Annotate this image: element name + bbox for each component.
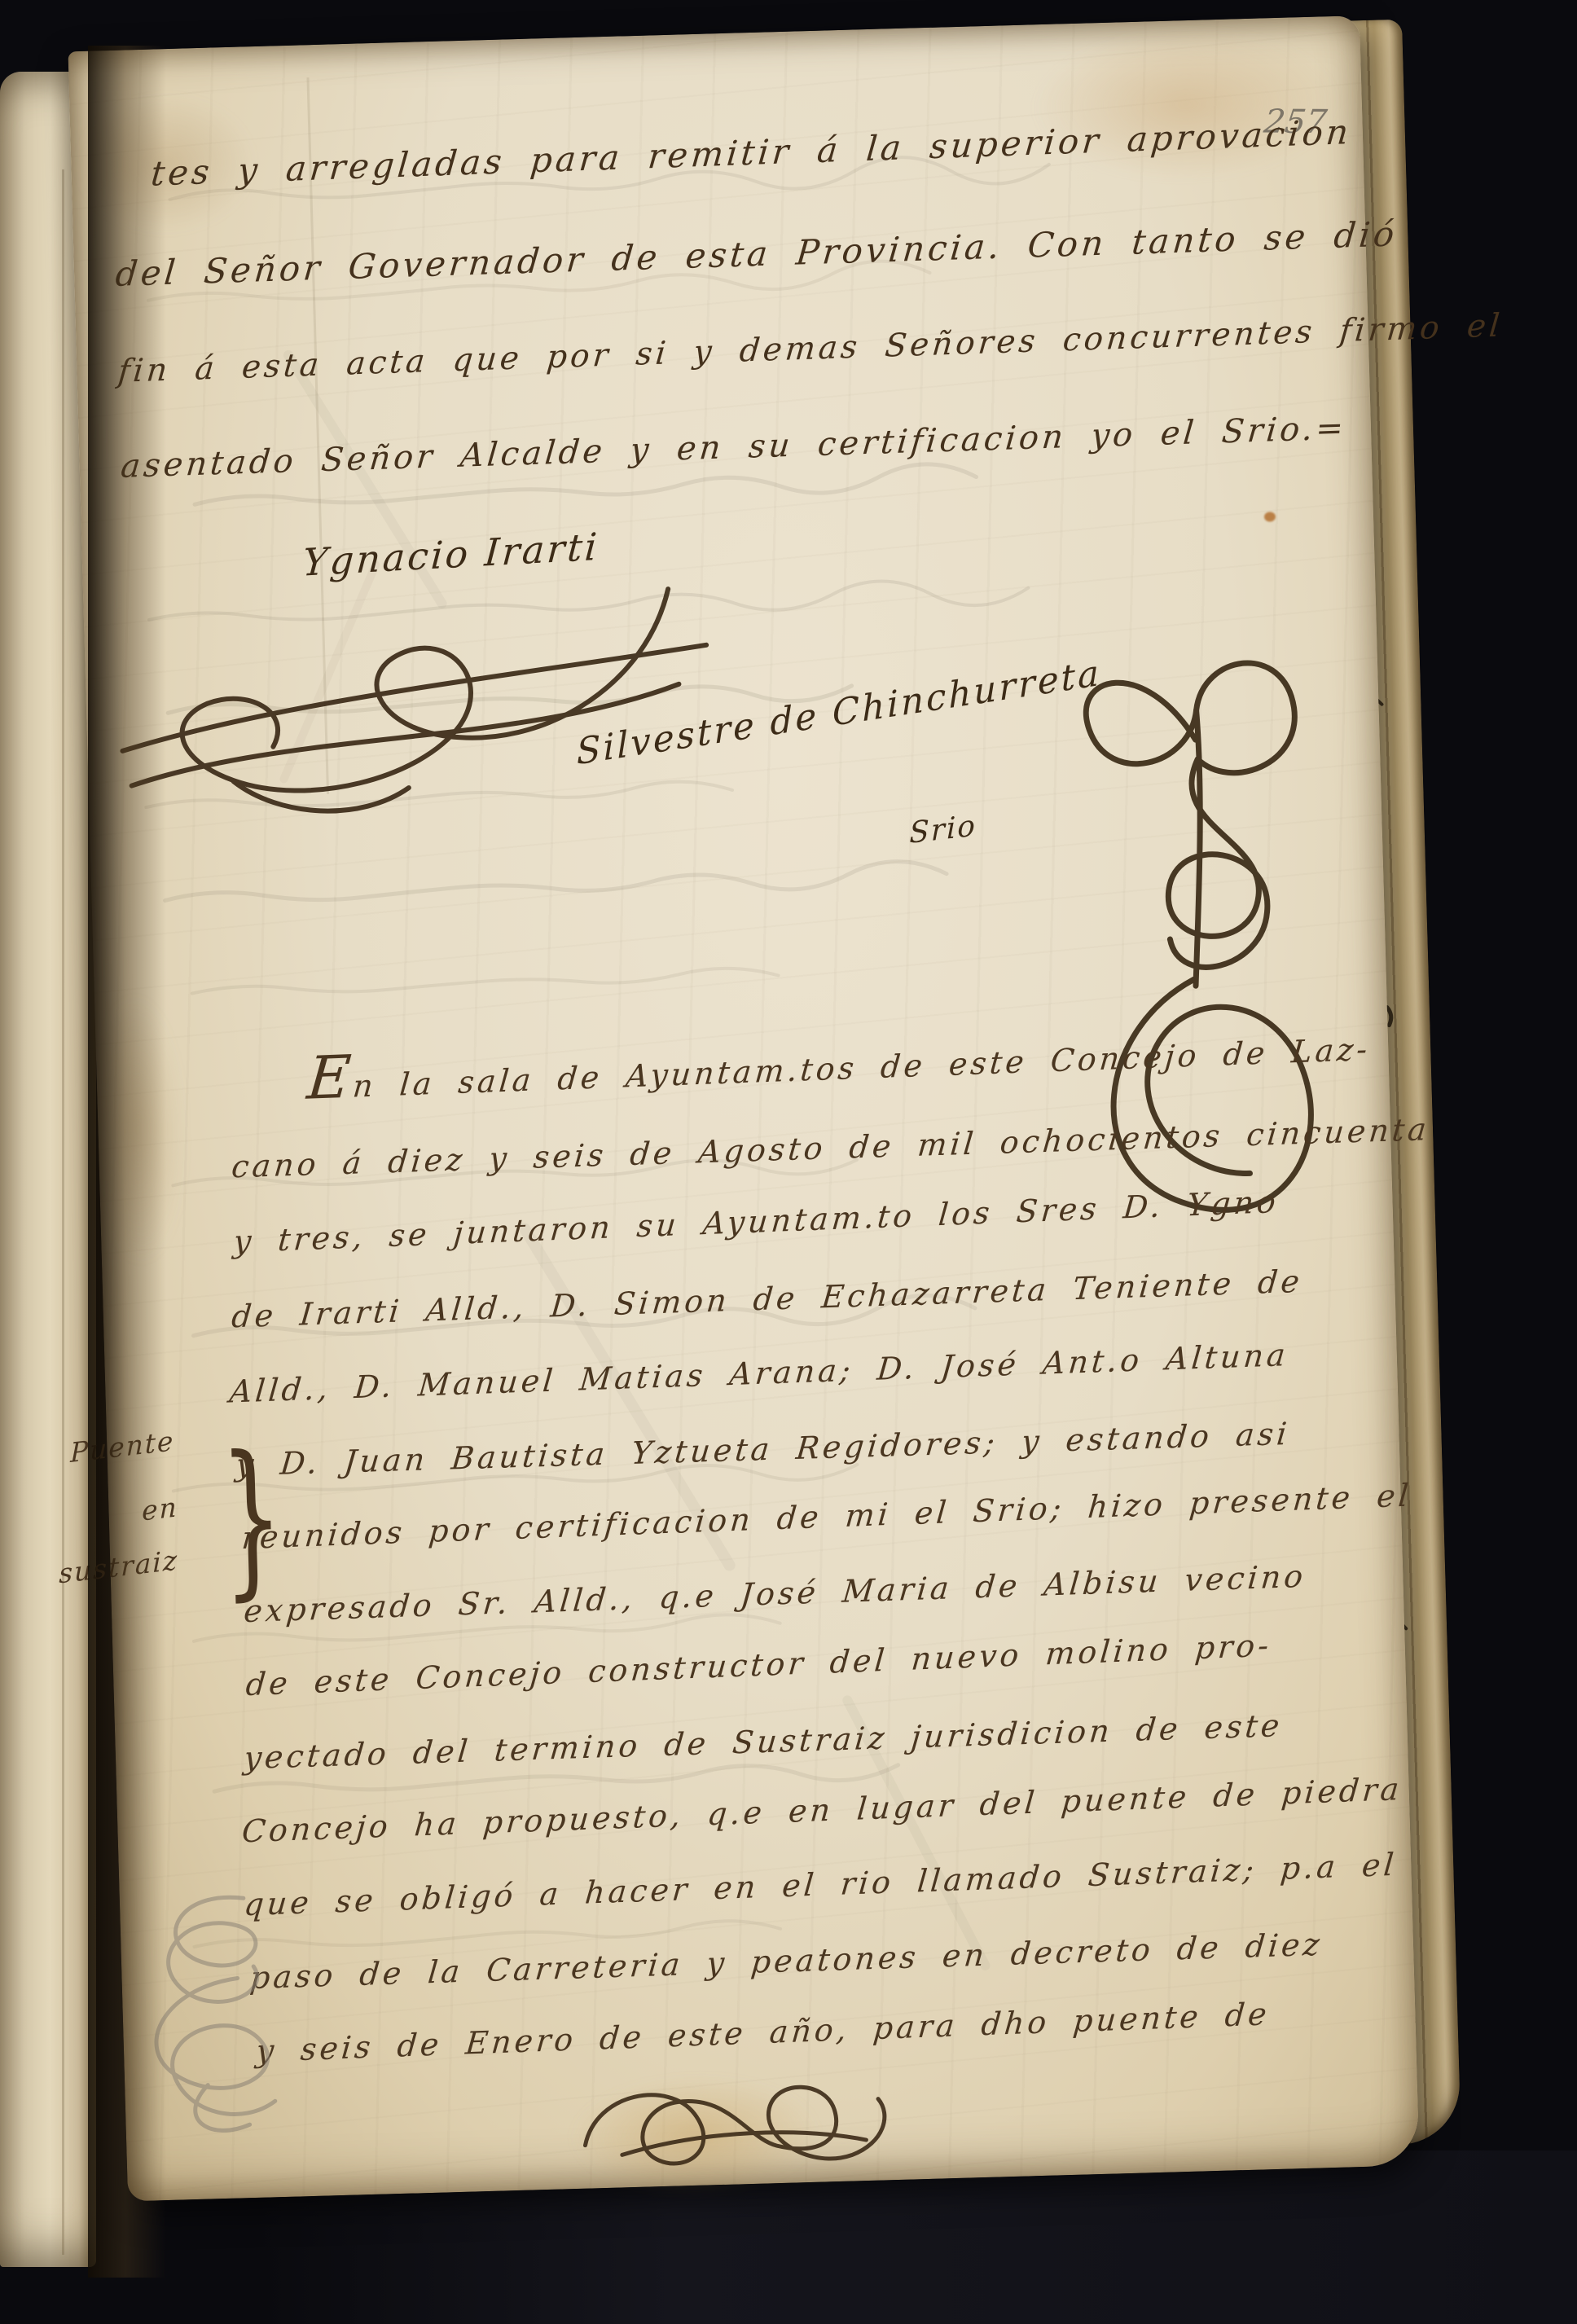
act-line: expresado Sr. Alld., q.e José Maria de A…	[243, 1558, 1308, 1629]
closing-line: tes y arregladas para remitir á la super…	[149, 112, 1353, 194]
previous-page-crease	[62, 169, 64, 2255]
page-surface: 257 tes y arregladas para remitir á la s…	[68, 15, 1419, 2201]
act-line: y D. Juan Bautista Yztueta Regidores; y …	[235, 1416, 1292, 1483]
closing-line: del Señor Governador de esta Provincia. …	[114, 213, 1399, 294]
act-line: de Irarti Alld., D. Simon de Echazarreta…	[231, 1263, 1305, 1335]
act-line: y seis de Enero de este año, para dho pu…	[255, 1996, 1272, 2069]
signature-rubric-flourish	[106, 567, 732, 853]
act-line: Alld., D. Manuel Matias Arana; D. José A…	[228, 1337, 1290, 1410]
ink-rust-spot	[1264, 512, 1276, 521]
margin-note-line: en	[142, 1491, 178, 1527]
act-paragraph: En la sala de Ayuntam.tos de este Concej…	[68, 15, 1359, 51]
act-line: y tres, se juntaron su Ayuntam.to los Sr…	[232, 1184, 1280, 1259]
scanned-manuscript-photo: { "document": { "page_number": "257", "m…	[0, 0, 1577, 2324]
act-line: de este Concejo constructor del nuevo mo…	[244, 1628, 1273, 1703]
act-line: yectado del termino de Sustraiz jurisdic…	[243, 1707, 1285, 1776]
signature-block-alcalde: Ygnacio Irarti	[68, 15, 1359, 51]
manuscript-book-page: 257 tes y arregladas para remitir á la s…	[68, 15, 1463, 2202]
act-line: cano á diez y seis de Agosto de mil ocho…	[230, 1111, 1431, 1184]
signature-block-secretario: Silvestre de Chinchurreta Srio	[68, 15, 1359, 51]
act-line: que se obligó a hacer en el rio llamado …	[243, 1847, 1399, 1923]
bottom-flourish	[571, 2059, 900, 2190]
margin-note-line: sustraiz	[59, 1544, 178, 1589]
closing-paragraph: tes y arregladas para remitir á la super…	[68, 15, 1359, 51]
act-line: Concejo ha propuesto, q.e en lugar del p…	[240, 1771, 1403, 1849]
signature-title: Srio	[909, 809, 977, 850]
closing-line: asentado Señor Alcalde y en su certifica…	[119, 409, 1348, 485]
act-line: reunidos por certificacion de mi el Srio…	[240, 1477, 1413, 1556]
signature-name: Ygnacio Irarti	[301, 525, 601, 585]
act-line: En la sala de Ayuntam.tos de este Concej…	[305, 1031, 1372, 1106]
signature-name: Silvestre de Chinchurreta	[576, 652, 1102, 774]
act-line: paso de la Carreteria y peatones en decr…	[248, 1926, 1324, 1997]
paper-stain	[90, 994, 187, 1265]
closing-line: fin á esta acta que por si y demas Señor…	[116, 307, 1505, 390]
paper-stain	[571, 2075, 819, 2195]
